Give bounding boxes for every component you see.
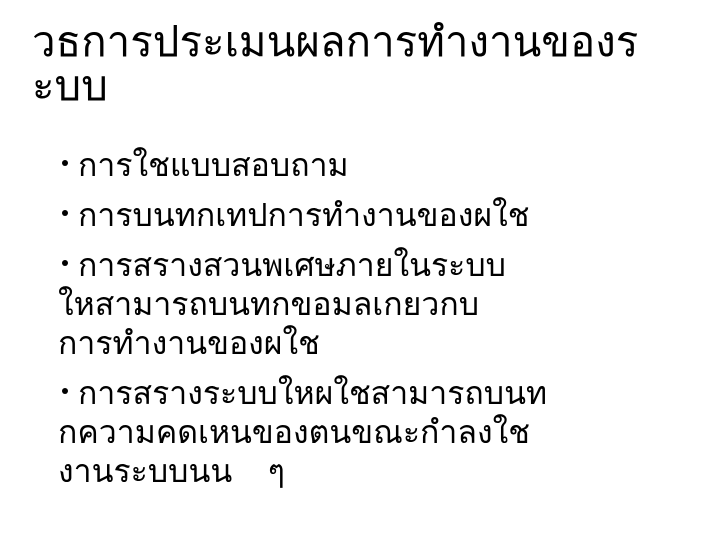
bullet-dot-icon bbox=[62, 260, 68, 266]
list-item: การบนทกเทปการทำงานของผใช bbox=[58, 196, 690, 235]
bullet-text: การสรางสวนพเศษภายในระบบ ใหสามารถบนทกขอมล… bbox=[58, 247, 506, 361]
bullet-text: การใชแบบสอบถาม bbox=[78, 147, 349, 183]
list-item: การสรางระบบใหผใชสามารถบนท กความคดเหนของต… bbox=[58, 374, 690, 491]
bullet-list: การใชแบบสอบถาม การบนทกเทปการทำงานของผใช … bbox=[58, 146, 690, 502]
bullet-text: การสรางระบบใหผใชสามารถบนท กความคดเหนของต… bbox=[58, 375, 547, 489]
presentation-slide: วธการประเมนผลการทำงานของร ะบบ การใชแบบสอ… bbox=[0, 0, 720, 540]
bullet-dot-icon bbox=[62, 160, 68, 166]
bullet-text: การบนทกเทปการทำงานของผใช bbox=[78, 197, 529, 233]
bullet-dot-icon bbox=[62, 210, 68, 216]
bullet-dot-icon bbox=[62, 388, 68, 394]
slide-title: วธการประเมนผลการทำงานของร ะบบ bbox=[32, 20, 694, 108]
list-item: การใชแบบสอบถาม bbox=[58, 146, 690, 185]
list-item: การสรางสวนพเศษภายในระบบ ใหสามารถบนทกขอมล… bbox=[58, 246, 690, 363]
